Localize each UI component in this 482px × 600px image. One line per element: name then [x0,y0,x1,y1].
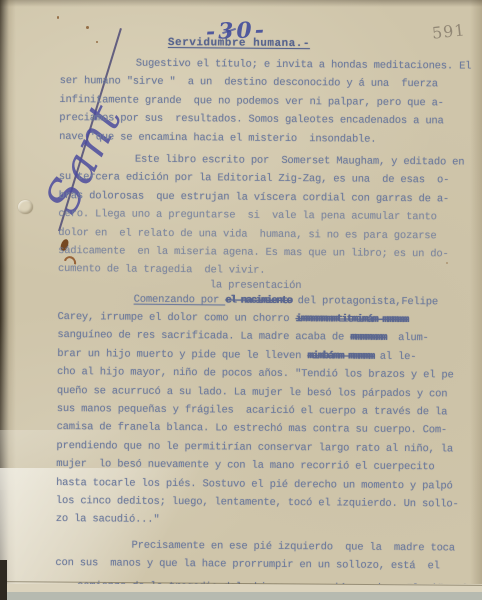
text-segment: dolor en el relato de una vida humana, s… [58,227,436,242]
struck-out-text: mimbámm mmmmm [307,350,373,363]
text-segment: los cinco deditos; luego, lentamente, to… [56,495,459,511]
hole-punch [18,200,33,214]
text-segment: Sugestivo el título; e invita a hondas m… [136,58,472,73]
text-segment: sus manos pequeñas y frágiles acarició e… [57,403,448,418]
text-segment: la presentación [210,279,302,292]
interline-insertion: la presentación [210,280,462,293]
page-corner-shadow [0,560,7,600]
struck-out-text: immmmmmmtitmimám mmmmm [295,313,407,326]
text-segment: cumento de la tragedia del vivir. [58,263,266,277]
text-segment: mujer lo besó nuevamente y con la mano r… [56,458,434,473]
text-segment: nave 'que se encamina hacia el misterio … [59,131,376,146]
text-segment: Carey, irrumpe el dolor como un chorro [57,311,295,325]
scanned-manuscript-page: Sant -30- 591 Servidumbre humana.- Suges… [0,0,482,600]
typed-lines: Sugestivo el título; e invita a hondas m… [55,54,464,598]
text-segment: infinitamente grande que no podemos ver … [59,94,443,109]
text-segment: camisa de franela blanca. Lo estrechó ma… [57,421,448,436]
typed-line: nave 'que se encamina hacia el misterio … [59,128,463,150]
text-segment: su tercera edición por la Editorial Zig-… [59,171,450,186]
typed-line: con sus manos y que la hace prorrumpir e… [55,554,459,576]
struck-out-text: el nacimiento [225,294,291,307]
typed-line: zo la sacudió..." [56,510,460,532]
text-segment: zo la sacudió..." [56,513,160,526]
typed-text-area: Servidumbre humana.- Sugestivo el título… [55,36,464,598]
text-segment: ser humano "sirve " a un destino descono… [60,75,438,90]
text-segment: cero. Llega uno a preguntarse si vale la… [58,208,436,223]
text-segment: del protagonista,Felipe [291,295,438,308]
text-segment: al le- [374,351,417,363]
text-segment: hasta tocarle los piés. Sostuvo el pié d… [56,477,453,492]
paper-speck [57,16,59,19]
text-segment: con sus manos y que la hace prorrumpir e… [55,557,439,572]
text-segment: alum- [386,332,429,344]
document-title: Servidumbre humana.- [168,37,464,52]
text-segment: Precisamente en ese pié izquierdo que la… [132,539,455,554]
text-segment: preciamos por sus resultados. Somos gale… [59,112,443,127]
text-segment: sádicamente en la miseria agena [58,245,253,259]
paper-speck [86,26,89,29]
text-segment: Este libro escrito por Somerset Maugham,… [135,154,465,169]
text-segment: bras dolorosas que estrujan la víscera c… [59,190,450,205]
text-segment: queño se acurrucó a su lado. La mujer le… [57,385,448,400]
text-segment: prendiendo que no le permitirían conserv… [56,440,453,455]
text-segment: brar un hijo muerto y pide que le lleven [57,348,307,362]
struck-out-text: mmmmmmm [350,332,386,344]
scanner-background [0,592,482,600]
text-segment: cho al hijo mayor, niño de pocos años. "… [57,366,454,381]
underlined-text: Comenzando por [134,293,226,306]
text-segment: sanguíneo de res sacrificada. La madre a… [57,329,350,344]
text-segment: Es mas que un libro; es un do- [259,247,448,261]
